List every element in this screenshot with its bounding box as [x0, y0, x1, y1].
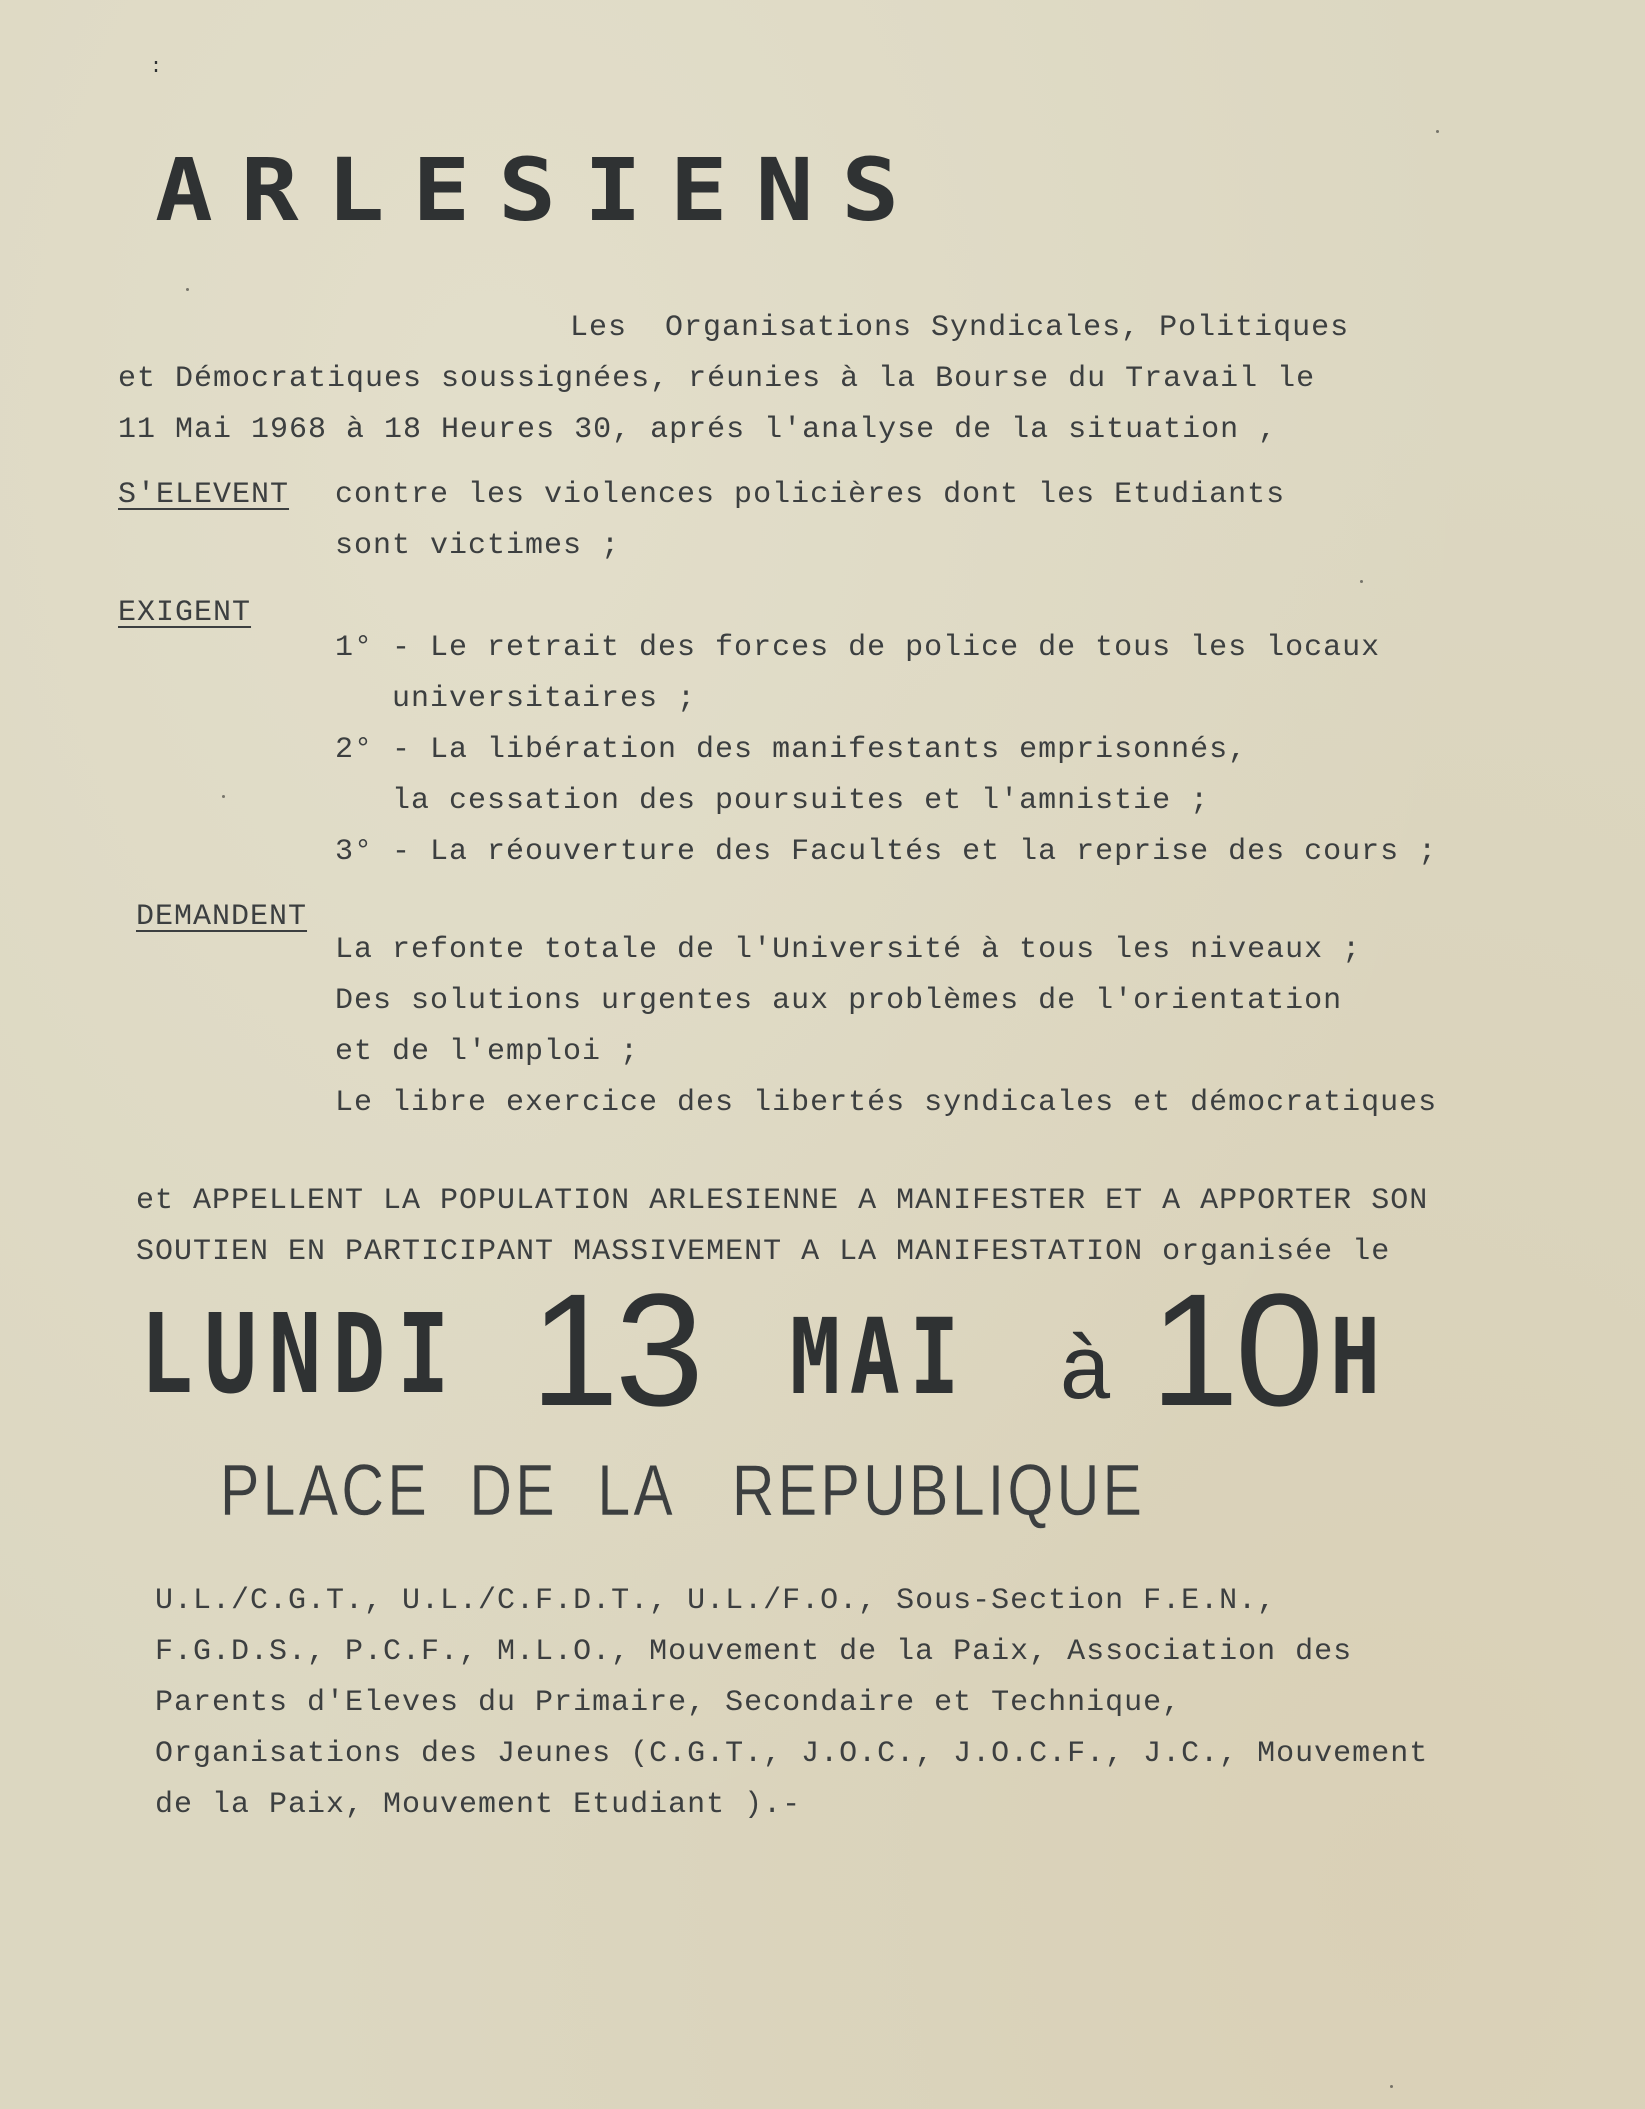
demandent-line-2: Des solutions urgentes aux problèmes de … — [335, 976, 1342, 1027]
top-colon-mark: : — [150, 58, 162, 78]
paper-speck — [186, 288, 189, 291]
exigent-item-2-line-1: 2° - La libération des manifestants empr… — [335, 725, 1247, 776]
exigent-item-1-line-1: 1° - Le retrait des forces de police de … — [335, 623, 1380, 674]
event-place: PLACE DE LA REPUBLIQUE — [220, 1450, 1145, 1532]
exigent-item-1-line-2: universitaires ; — [392, 674, 696, 725]
event-at: à — [1060, 1317, 1110, 1420]
headline-arlesiens: ARLESIENS — [155, 140, 927, 241]
signatories-line-4: Organisations des Jeunes (C.G.T., J.O.C.… — [155, 1729, 1428, 1780]
paper-speck — [1390, 2085, 1393, 2088]
appel-line-1: et APPELLENT LA POPULATION ARLESIENNE A … — [136, 1176, 1428, 1227]
demandent-line-4: Le libre exercice des libertés syndicale… — [335, 1078, 1437, 1129]
signatories-line-5: de la Paix, Mouvement Etudiant ).- — [155, 1780, 801, 1831]
signatories-line-1: U.L./C.G.T., U.L./C.F.D.T., U.L./F.O., S… — [155, 1576, 1276, 1627]
event-date-line: LUNDI 13 MAI à 10 H — [140, 1270, 1393, 1430]
event-date-number: 13 — [530, 1270, 700, 1430]
signatories-line-3: Parents d'Eleves du Primaire, Secondaire… — [155, 1678, 1181, 1729]
paper-speck — [1360, 580, 1363, 583]
signatories-line-2: F.G.D.S., P.C.F., M.L.O., Mouvement de l… — [155, 1627, 1352, 1678]
event-hour-unit: H — [1330, 1296, 1380, 1418]
demandent-line-1: La refonte totale de l'Université à tous… — [335, 925, 1361, 976]
paper-speck — [1436, 130, 1439, 133]
intro-line-3: 11 Mai 1968 à 18 Heures 30, aprés l'anal… — [118, 405, 1277, 456]
selevent-line-1: contre les violences policières dont les… — [335, 470, 1285, 521]
paper-speck — [222, 795, 225, 798]
event-hour-number: 10 — [1150, 1270, 1320, 1430]
event-month: MAI — [790, 1296, 1006, 1418]
intro-line-2: et Démocratiques soussignées, réunies à … — [118, 354, 1315, 405]
selevent-line-2: sont victimes ; — [335, 521, 620, 572]
label-selevent: S'ELEVENT — [118, 470, 289, 521]
demandent-line-3: et de l'emploi ; — [335, 1027, 639, 1078]
tract-page: : ARLESIENS Les Organisations Syndicales… — [0, 0, 1645, 2109]
intro-line-1: Les Organisations Syndicales, Politiques — [570, 303, 1349, 354]
label-exigent: EXIGENT — [118, 588, 251, 639]
event-day: LUNDI — [140, 1290, 452, 1418]
label-demandent: DEMANDENT — [136, 892, 307, 943]
exigent-item-3-line-1: 3° - La réouverture des Facultés et la r… — [335, 827, 1437, 878]
exigent-item-2-line-2: la cessation des poursuites et l'amnisti… — [392, 776, 1209, 827]
